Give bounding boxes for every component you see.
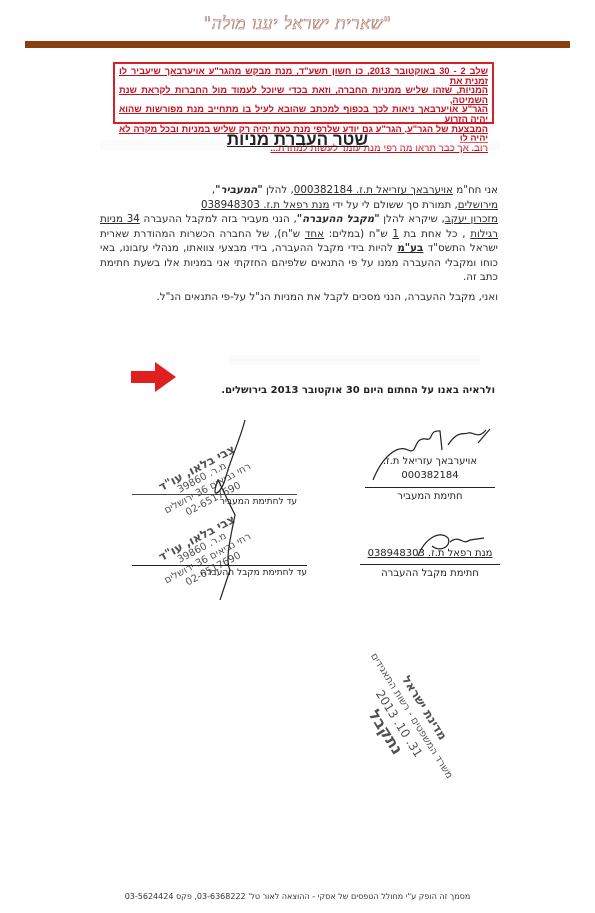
transferee-signature-label: חתימת מקבל ההעברה bbox=[360, 564, 500, 581]
transferor-id: 000382184 bbox=[365, 469, 495, 483]
transferee-alias: "מקבל ההעברה" bbox=[297, 213, 380, 225]
header-divider bbox=[25, 41, 570, 48]
p1-middle: , להלן bbox=[263, 184, 294, 196]
document-title: שטר העברת מניות bbox=[0, 130, 595, 150]
transferee-city: מזכרון יעקב bbox=[445, 213, 498, 225]
transferor-signature-block: אויערבאך עזריאל ת.ז. 000382184 חתימת המע… bbox=[365, 455, 495, 504]
transferor-name-id: אויערבאך עזריאל ת.ז. 000382184 bbox=[294, 184, 453, 196]
note-line: הגר"ע אויערבאך ניאות לכך בכפוף למכתב שהו… bbox=[119, 105, 488, 124]
transferee-signature-block: מנת רפאל ת.ז. 038948303 חתימת מקבל ההעבר… bbox=[360, 547, 500, 581]
highlight-note-box: שלב 2 - 30 באוקטובר 2013, כו חשון תשע"ד,… bbox=[113, 62, 494, 124]
footer-note: מסמך זה הופק ע"י מחולל הטפסים של אסקי - … bbox=[0, 892, 595, 901]
transferor-city: מירושלים bbox=[458, 199, 498, 211]
paragraph-acceptance: ואני, מקבל ההעברה, הנני מסכים לקבל את המ… bbox=[100, 283, 498, 311]
p2-b: , הנני מעביר בזה למקבל ההעברה bbox=[140, 213, 297, 225]
p2-d: ש"ח (במלים: bbox=[324, 228, 392, 240]
paragraph-transferor: אני חח"מ אויערבאך עזריאל ת.ז. 000382184,… bbox=[100, 183, 498, 212]
p2-a: , שיקרא להלן bbox=[380, 213, 445, 225]
share-value-words: אחד bbox=[305, 228, 324, 240]
scan-ghost bbox=[230, 355, 480, 365]
p1-consideration: , תמורת סך ששולם לי על ידי bbox=[329, 199, 457, 211]
buyer-name-id: מנת רפאל ת.ז. 038948303 bbox=[201, 199, 330, 211]
paragraph-transfer: מזכרון יעקב, שיקרא להלן "מקבל ההעברה", ה… bbox=[100, 212, 498, 285]
transferee-name-id: מנת רפאל ת.ז. 038948303 bbox=[368, 548, 493, 559]
transferor-signature-label: חתימת המעביר bbox=[365, 487, 495, 504]
transferor-alias: "המעביר" bbox=[215, 184, 263, 196]
p1-prefix: אני חח"מ bbox=[453, 184, 498, 196]
note-line: המניות, שזהו שליש ממניות החברה, וזאת בכד… bbox=[119, 86, 488, 105]
note-line: שלב 2 - 30 באוקטובר 2013, כו חשון תשע"ד,… bbox=[119, 67, 488, 86]
header-title: "שארית ישראל יענו מולה" bbox=[0, 14, 595, 34]
company-suffix: בע"מ bbox=[397, 242, 423, 254]
p2-c: , כל אחת בת bbox=[399, 228, 470, 240]
registry-stamp: מדינת ישראל משרד המשפטים - רשות התאגידים… bbox=[327, 619, 484, 820]
transferor-witness-label: עד לחתימת המעביר bbox=[132, 494, 297, 507]
transferor-name: אויערבאך עזריאל ת.ז. bbox=[365, 455, 495, 469]
transferee-witness-label: עד לחתימת מקבל ההעברה bbox=[132, 565, 307, 578]
signed-date-line: ולראיה באנו על החתום היום 30 אוקטובר 201… bbox=[120, 385, 495, 396]
